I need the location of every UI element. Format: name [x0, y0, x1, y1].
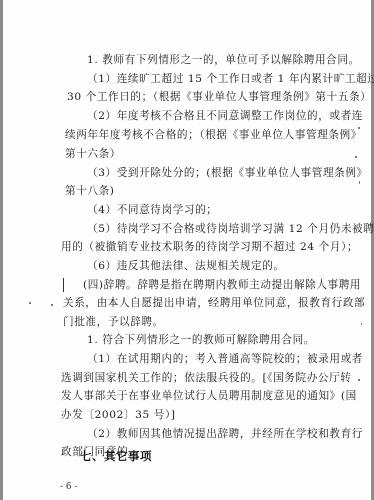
scan-speck — [359, 181, 360, 184]
clause-1-item-4: （4）不同意待岗学习的； — [87, 203, 217, 217]
clause-1-intro: 1. 教师有下列情形之一的，单位可予以解除聘用合同。 — [87, 53, 360, 67]
clause-1-item-6: （6）违反其他法律、法规相关规定的。 — [87, 259, 285, 273]
scan-speck — [208, 300, 210, 302]
scan-speck — [51, 304, 53, 306]
resignation-section-cont: 关系，由本人自愿提出申请，经聘用单位同意，报教育行政部 — [63, 296, 365, 310]
clause-1-item-3: （3）受到开除处分的；(根据《事业单位人事管理条例》 — [87, 166, 368, 180]
document-page: 1. 教师有下列情形之一的，单位可予以解除聘用合同。 （1）连续旷工超过 15 … — [0, 0, 374, 500]
clause-2-item-2: （2）教师因其他情况提出辞聘，并经所在学校和教育行 — [87, 427, 363, 441]
margin-mark — [63, 278, 64, 292]
clause-2-item-1-cont3: 办发〔2002〕35 号）] — [61, 408, 176, 422]
clause-1-item-2-cont: 续两年年度考核不合格的；（根据《事业单位人事管理条例》 — [65, 128, 362, 142]
clause-1-item-2: （2）年度考核不合格且不同意调整工作岗位的，或者连 — [87, 109, 363, 123]
scan-speck — [29, 302, 31, 304]
clause-1-item-5-cont: 用的（被撤销专业技术职务的待岗学习期不超过 24 个月）； — [61, 240, 358, 254]
clause-1-item-1-cont: 30 个工作日的；（根据《事业单位人事管理条例》第十五条） — [67, 90, 371, 104]
scan-speck — [355, 156, 357, 158]
clause-2-item-1-cont2: 发人事部关于在事业单位试行人员聘用制度意见的通知》(国 — [61, 389, 357, 403]
resignation-section: (四)辞聘。辞聘是指在聘期内教师主动提出解除人事聘用 — [83, 278, 361, 292]
clause-1-item-5: （5）待岗学习不合格或待岗培训学习满 12 个月仍未被聘 — [87, 222, 374, 236]
clause-2-intro: 1. 符合下列情形之一的教师可解除聘用合同。 — [87, 333, 315, 347]
clause-1-item-1: （1）连续旷工超过 15 个工作日或者 1 年内累计旷工超过 — [87, 72, 374, 86]
clause-1-item-2-cont2: 第十六条） — [65, 147, 121, 161]
page-number: - 6 - — [60, 482, 78, 492]
section-heading: 七、其它事项 — [80, 448, 152, 464]
scan-speck — [358, 379, 360, 381]
resignation-section-cont2: 门批准，予以辞聘。 — [63, 315, 164, 329]
clause-1-item-3-cont: 第十八条) — [65, 184, 115, 198]
clause-2-item-1-cont: 选调到国家机关工作的；依法服兵役的。[《国务院办公厅转 — [61, 371, 351, 385]
clause-2-item-1: （1）在试用期内的；考入普通高等院校的；被录用或者 — [87, 352, 363, 366]
scan-speck — [358, 127, 360, 129]
scan-speck — [359, 300, 361, 302]
scan-speck — [361, 323, 362, 325]
